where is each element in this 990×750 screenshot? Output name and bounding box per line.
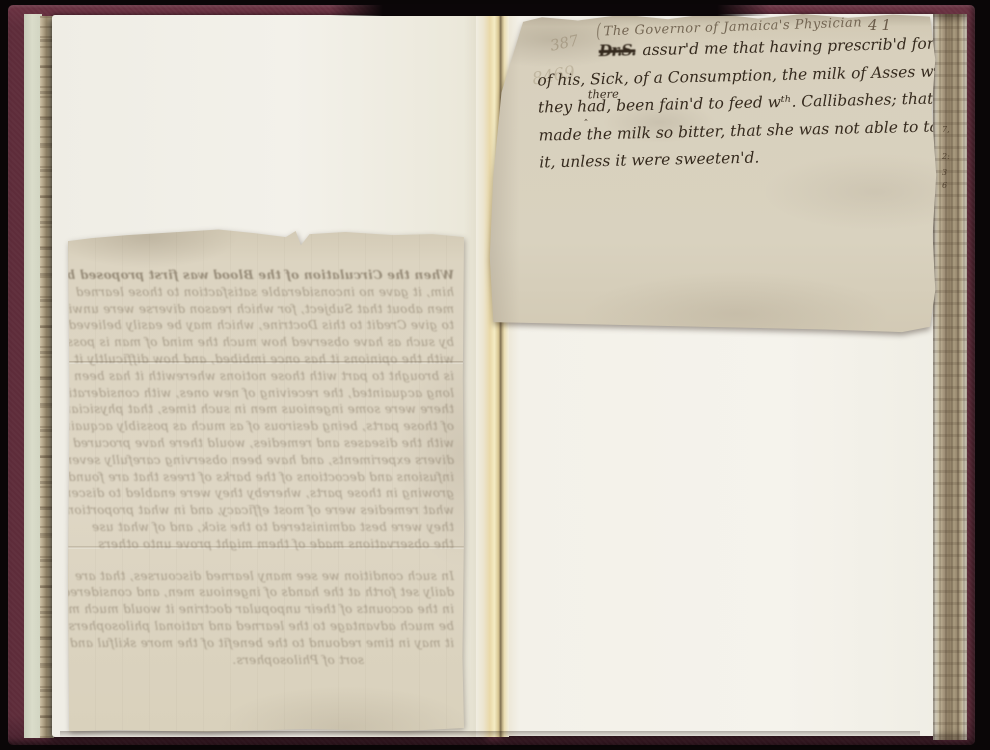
fore-edge-ink-mark: 7, bbox=[942, 125, 950, 134]
bleedthrough-line: growing in those parts, whereby they wer… bbox=[82, 485, 454, 502]
fore-edge-ink-mark: 2: bbox=[942, 152, 950, 161]
bleedthrough-line: by such as have observed how much the mi… bbox=[82, 334, 454, 351]
bleedthrough-line: In such condition we see many learned di… bbox=[82, 568, 454, 585]
bleedthrough-line: be much advantage to the learned and rat… bbox=[82, 618, 454, 635]
note-line-text: it, unless it were sweeten'd. bbox=[539, 149, 759, 172]
struck-out-word: Dr.S. bbox=[599, 40, 636, 60]
bleedthrough-line: what remedies were of most efficacy, and… bbox=[82, 502, 454, 519]
bleedthrough-line: the observations made of them might prov… bbox=[82, 536, 454, 553]
bleedthrough-line: with the opinions it has once imbibed, a… bbox=[82, 351, 454, 368]
bleedthrough-text: When the Circulation of the Blood was fi… bbox=[82, 267, 454, 668]
bleedthrough-line: with the diseases and remedies, would th… bbox=[82, 435, 454, 452]
bleedthrough-line: of those parts, being desirous of as muc… bbox=[82, 418, 454, 435]
pasted-letter-sheet: When the Circulation of the Blood was fi… bbox=[68, 227, 464, 733]
inserted-word: there bbox=[587, 81, 619, 109]
pasted-note-wrap: (The Governor of Jamaica's Physician 41 … bbox=[488, 10, 938, 340]
note-body: Dr.S.assur'd me that having prescrib'd f… bbox=[536, 29, 939, 177]
note-line-text: assur'd me that having prescrib'd for a … bbox=[642, 33, 990, 59]
bleedthrough-line: infusions and decoctions of the barks of… bbox=[82, 469, 454, 486]
bleedthrough-line: in the accounts of their unpopular doctr… bbox=[82, 601, 454, 618]
note-line-text: made the milk so bitter, that she was no… bbox=[538, 117, 957, 144]
pasted-letter-sheet-wrap: When the Circulation of the Blood was fi… bbox=[68, 227, 464, 733]
bleedthrough-line: it may in time redound to the benefit of… bbox=[82, 635, 454, 652]
pasted-note: (The Governor of Jamaica's Physician 41 … bbox=[488, 10, 938, 340]
bleedthrough-line: men about that Subject, for which reason… bbox=[82, 301, 454, 318]
bleedthrough-line: to give Credit to this Doctrine, which m… bbox=[82, 317, 454, 334]
bleedthrough-line: is brought to part with those notions wh… bbox=[82, 368, 454, 385]
bleedthrough-line: When the Circulation of the Blood was fi… bbox=[82, 267, 454, 284]
bleedthrough-line: him, it gave no inconsiderable satisfact… bbox=[82, 284, 454, 301]
bleedthrough-line: daily set forth at the hands of ingeniou… bbox=[82, 584, 454, 601]
fore-edge-ink-mark: 6 bbox=[942, 181, 947, 190]
bleedthrough-line: divers experiments, and have been observ… bbox=[82, 452, 454, 469]
bleedthrough-line: long acquainted, the receiving of new on… bbox=[82, 385, 454, 402]
top-gap-shadow bbox=[330, 4, 770, 16]
photograph-of-open-book: When the Circulation of the Blood was fi… bbox=[0, 0, 990, 750]
bleedthrough-line: sort of Philosophers. bbox=[82, 652, 364, 669]
bottom-page-shadow bbox=[60, 731, 920, 738]
bleedthrough-line: there were some ingenious men in such ti… bbox=[82, 401, 454, 418]
fore-edge-ink-mark: 3 bbox=[942, 168, 947, 177]
bleedthrough-line: they were best administered to the sick,… bbox=[82, 519, 454, 536]
fore-edge-leaves: 7,2:36 bbox=[933, 14, 967, 740]
